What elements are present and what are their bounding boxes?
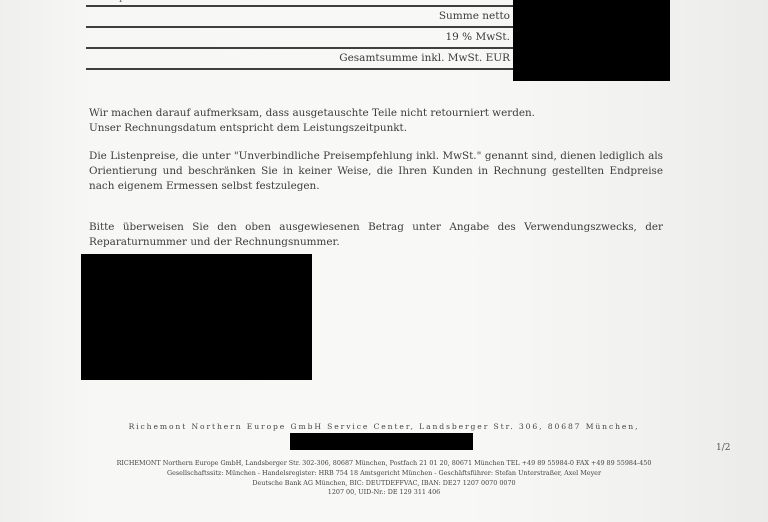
page-number: 1/2 (716, 443, 730, 453)
redacted-amounts (513, 0, 670, 81)
service-center-line: Richemont Northern Europe GmbH Service C… (0, 422, 768, 431)
notice-line-2: Unser Rechnungsdatum entspricht dem Leis… (89, 121, 535, 136)
footer-line-vat: 1207 00, UID-Nr.: DE 129 311 406 (0, 488, 768, 498)
company-footer: RICHEMONT Northern Europe GmbH, Landsber… (0, 459, 768, 498)
footer-line-bank: Deutsche Bank AG München, BIC: DEUTDEFFV… (0, 479, 768, 489)
notice-line-1: Wir machen darauf aufmerksam, dass ausge… (89, 106, 535, 121)
invoice-page: Transportkosten Summe netto 19 % MwSt. G… (0, 0, 768, 522)
summe-netto-label: Summe netto (439, 10, 510, 22)
payment-instruction-paragraph: Bitte überweisen Sie den oben ausgewiese… (89, 220, 663, 250)
footer-line-registry: Gesellschaftssitz: München - Handelsregi… (0, 469, 768, 479)
redacted-service-center-detail (290, 433, 473, 450)
table-divider (86, 5, 514, 7)
notice-paragraph: Wir machen darauf aufmerksam, dass ausge… (89, 106, 535, 136)
cut-off-row-label: Transportkosten (90, 0, 174, 3)
mwst-label: 19 % MwSt. (445, 31, 510, 43)
table-divider (86, 47, 514, 49)
footer-line-address: RICHEMONT Northern Europe GmbH, Landsber… (0, 459, 768, 469)
gesamtsumme-label: Gesamtsumme inkl. MwSt. EUR (339, 52, 510, 64)
redacted-signature-block (81, 254, 312, 380)
list-price-paragraph: Die Listenpreise, die unter "Unverbindli… (89, 149, 663, 194)
table-divider (86, 26, 514, 28)
table-divider (86, 68, 514, 70)
